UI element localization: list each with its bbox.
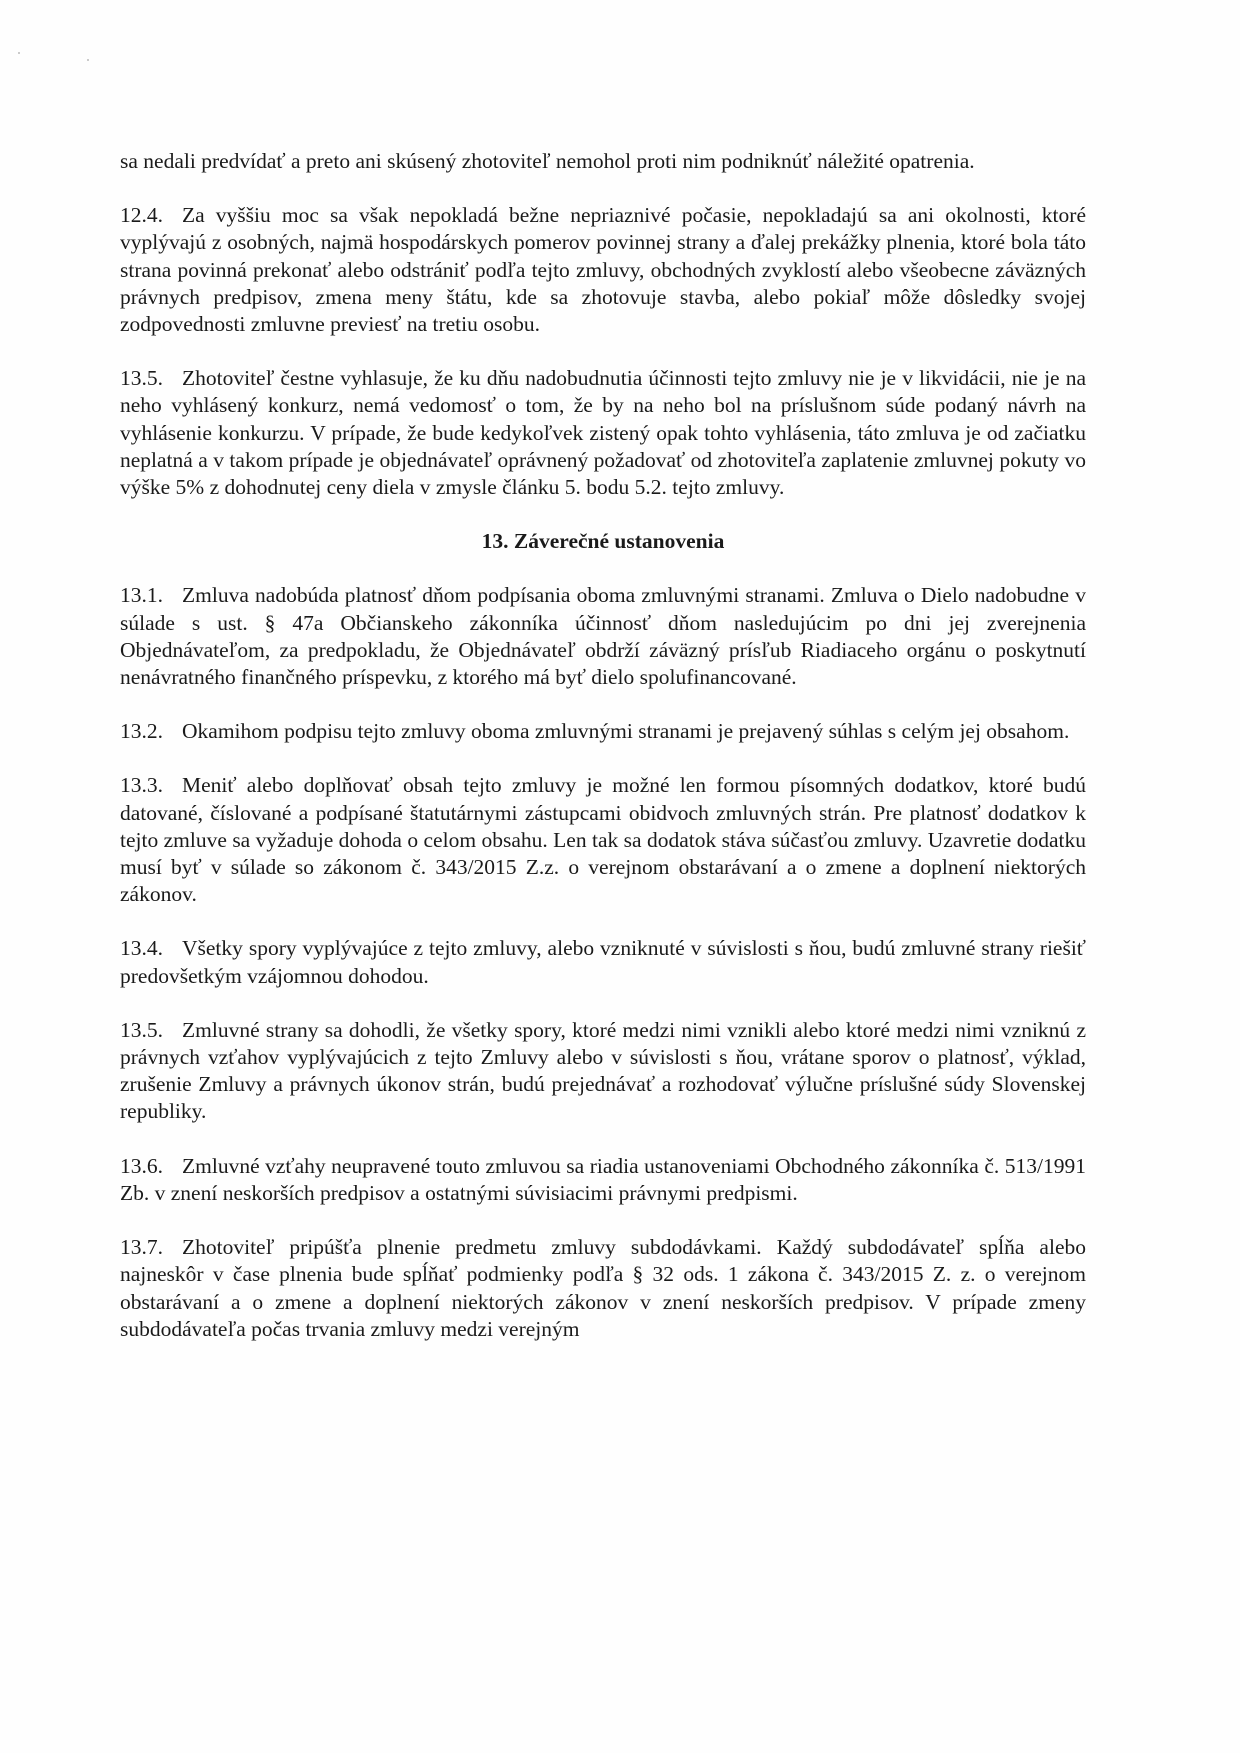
paragraph-13-5: 13.5.Zmluvné strany sa dohodli, že všetk…: [120, 1017, 1086, 1126]
paragraph-13-3: 13.3.Meniť alebo doplňovať obsah tejto z…: [120, 772, 1086, 908]
paragraph-text: Za vyššiu moc sa však nepokladá bežne ne…: [120, 203, 1086, 336]
paragraph-number: 12.4.: [120, 202, 182, 229]
document-page: sa nedali predvídať a preto ani skúsený …: [0, 0, 1240, 1753]
document-body: sa nedali predvídať a preto ani skúsený …: [120, 148, 1086, 1343]
paragraph-text: Zmluva nadobúda platnosť dňom podpísania…: [120, 583, 1086, 689]
paragraph-number: 13.2.: [120, 718, 182, 745]
paragraph-number: 13.1.: [120, 582, 182, 609]
paragraph-number: 13.4.: [120, 935, 182, 962]
section-heading: 13. Záverečné ustanovenia: [120, 528, 1086, 555]
paragraph-number: 13.5.: [120, 365, 182, 392]
paragraph-text: Zhotoviteľ čestne vyhlasuje, že ku dňu n…: [120, 366, 1086, 499]
paragraph-text: Zhotoviteľ pripúšťa plnenie predmetu zml…: [120, 1235, 1086, 1341]
paragraph-text: Zmluvné vzťahy neupravené touto zmluvou …: [120, 1154, 1086, 1205]
paragraph-number: 13.5.: [120, 1017, 182, 1044]
scan-speck: [87, 59, 89, 61]
paragraph-text: Zmluvné strany sa dohodli, že všetky spo…: [120, 1018, 1086, 1124]
paragraph-13-7: 13.7.Zhotoviteľ pripúšťa plnenie predmet…: [120, 1234, 1086, 1343]
paragraph-12-4: 12.4.Za vyššiu moc sa však nepokladá bež…: [120, 202, 1086, 338]
paragraph-13-5-declaration: 13.5.Zhotoviteľ čestne vyhlasuje, že ku …: [120, 365, 1086, 501]
paragraph-13-6: 13.6.Zmluvné vzťahy neupravené touto zml…: [120, 1153, 1086, 1207]
paragraph-13-1: 13.1.Zmluva nadobúda platnosť dňom podpí…: [120, 582, 1086, 691]
paragraph-13-2: 13.2.Okamihom podpisu tejto zmluvy oboma…: [120, 718, 1086, 745]
paragraph-intro-continuation: sa nedali predvídať a preto ani skúsený …: [120, 148, 1086, 175]
paragraph-number: 13.3.: [120, 772, 182, 799]
paragraph-13-4: 13.4.Všetky spory vyplývajúce z tejto zm…: [120, 935, 1086, 989]
paragraph-text: Meniť alebo doplňovať obsah tejto zmluvy…: [120, 773, 1086, 906]
scan-speck: [18, 52, 20, 54]
paragraph-text: Všetky spory vyplývajúce z tejto zmluvy,…: [120, 936, 1086, 987]
paragraph-number: 13.7.: [120, 1234, 182, 1261]
paragraph-text: Okamihom podpisu tejto zmluvy oboma zmlu…: [182, 719, 1069, 743]
paragraph-number: 13.6.: [120, 1153, 182, 1180]
